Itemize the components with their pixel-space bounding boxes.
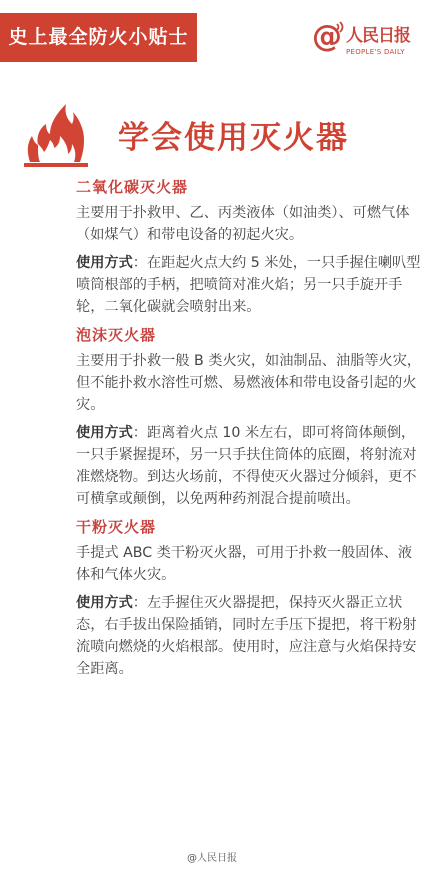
section-description: 主要用于扑救甲、乙、丙类液体（如油类）、可燃气体（如煤气）和带电设备的初起火灾。 — [76, 202, 426, 246]
logo-name-en: PEOPLE'S DAILY — [346, 48, 405, 57]
page-title: 学会使用灭火器 — [118, 118, 349, 158]
peoples-daily-logo: @ 人民日报 PEOPLE'S DAILY — [312, 20, 416, 62]
usage-label: 使用方式 — [76, 255, 133, 271]
section-usage: 使用方式：左手握住灭火器提把，保持灭火器正立状态，右手拔出保险插销，同时左手压下… — [76, 592, 426, 680]
section-co2-extinguisher: 二氧化碳灭火器 主要用于扑救甲、乙、丙类液体（如油类）、可燃气体（如煤气）和带电… — [76, 176, 426, 318]
section-usage: 使用方式：距离着火点 10 米左右，即可将筒体颠倒，一只手紧握提环，另一只手扶住… — [76, 422, 426, 510]
section-title: 二氧化碳灭火器 — [76, 176, 426, 198]
section-title: 干粉灭火器 — [76, 516, 426, 538]
section-dry-powder-extinguisher: 干粉灭火器 手提式 ABC 类干粉灭火器，可用于扑救一般固体、液体和气体火灾。 … — [76, 516, 426, 680]
section-description: 主要用于扑救一般 B 类火灾，如油制品、油脂等火灾，但不能扑救水溶性可燃、易燃液… — [76, 350, 426, 416]
logo-name-cn: 人民日报 — [346, 26, 410, 46]
watermark: @人民日报 — [187, 849, 237, 864]
section-foam-extinguisher: 泡沫灭火器 主要用于扑救一般 B 类火灾，如油制品、油脂等火灾，但不能扑救水溶性… — [76, 324, 426, 510]
section-description: 手提式 ABC 类干粉灭火器，可用于扑救一般固体、液体和气体火灾。 — [76, 542, 426, 586]
fire-icon — [22, 100, 92, 170]
section-title: 泡沫灭火器 — [76, 324, 426, 346]
banner-title: 史上最全防火小贴士 — [0, 13, 197, 62]
usage-label: 使用方式 — [76, 595, 133, 611]
content: 二氧化碳灭火器 主要用于扑救甲、乙、丙类液体（如油类）、可燃气体（如煤气）和带电… — [76, 176, 426, 686]
section-usage: 使用方式：在距起火点大约 5 米处，一只手握住喇叭型喷筒根部的手柄，把喷筒对准火… — [76, 252, 426, 318]
usage-label: 使用方式 — [76, 425, 133, 441]
